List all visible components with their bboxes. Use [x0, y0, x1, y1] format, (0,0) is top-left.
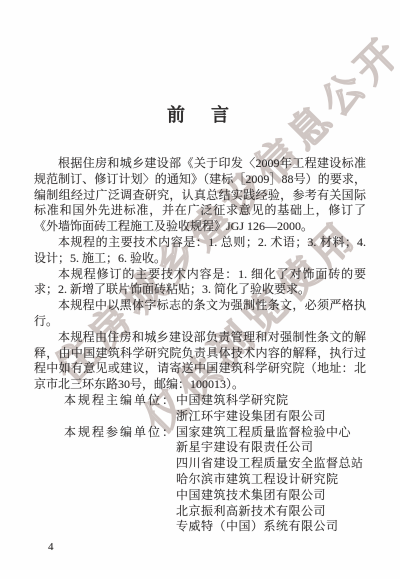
unit-name: 中国建筑科学研究院: [176, 393, 366, 409]
unit-name: 哈尔滨市建筑工程设计研究院: [176, 472, 366, 488]
participating-units: 国家建筑工程质量监督检验中心 新星宇建设有限责任公司 四川省建设工程质量安全监督…: [176, 425, 366, 536]
unit-name: 北京振利高新技术有限公司: [176, 504, 366, 520]
foreword-title: 前 言: [34, 104, 366, 126]
foreword-paragraph-5: 本规程由住房和城乡建设部负责管理和对强制性条文的解释，由中国建筑科学研究院负责具…: [34, 330, 366, 393]
units-section: 本规程主编单位： 中国建筑科学研究院 浙江环宇建设集团有限公司 本规程参编单位：…: [34, 393, 366, 535]
unit-name: 新星宇建设有限责任公司: [176, 440, 366, 456]
unit-name: 浙江环宇建设集团有限公司: [176, 409, 366, 425]
chief-editor-units: 中国建筑科学研究院 浙江环宇建设集团有限公司: [176, 393, 366, 425]
participating-row: 本规程参编单位： 国家建筑工程质量监督检验中心 新星宇建设有限责任公司 四川省建…: [64, 425, 366, 536]
foreword-body: 根据住房和城乡建设部《关于印发〈2009年工程建设标准规范制订、修订计划〉的通知…: [34, 156, 366, 393]
page-content: 前 言 根据住房和城乡建设部《关于印发〈2009年工程建设标准规范制订、修订计划…: [0, 104, 400, 535]
unit-name: 国家建筑工程质量监督检验中心: [176, 425, 366, 441]
foreword-paragraph-3: 本规程修订的主要技术内容是：1. 细化了对饰面砖的要求；2. 新增了联片饰面砖粘…: [34, 267, 366, 299]
document-page: 住房城乡建设信息公开 仅供浏览使用 前 言 根据住房和城乡建设部《关于印发〈20…: [0, 0, 400, 579]
page-number: 4: [48, 541, 54, 553]
foreword-paragraph-4: 本规程中以黑体字标志的条文为强制性条文，必须严格执行。: [34, 298, 366, 330]
chief-editor-row: 本规程主编单位： 中国建筑科学研究院 浙江环宇建设集团有限公司: [64, 393, 366, 425]
unit-name: 中国建筑技术集团有限公司: [176, 488, 366, 504]
foreword-paragraph-1: 根据住房和城乡建设部《关于印发〈2009年工程建设标准规范制订、修订计划〉的通知…: [34, 156, 366, 235]
unit-name: 四川省建设工程质量安全监督总站: [176, 456, 366, 472]
participating-label: 本规程参编单位：: [64, 425, 176, 536]
unit-name: 专威特（中国）系统有限公司: [176, 519, 366, 535]
chief-editor-label: 本规程主编单位：: [64, 393, 176, 425]
foreword-paragraph-2: 本规程的主要技术内容是：1. 总则；2. 术语；3. 材料；4. 设计；5. 施…: [34, 235, 366, 267]
